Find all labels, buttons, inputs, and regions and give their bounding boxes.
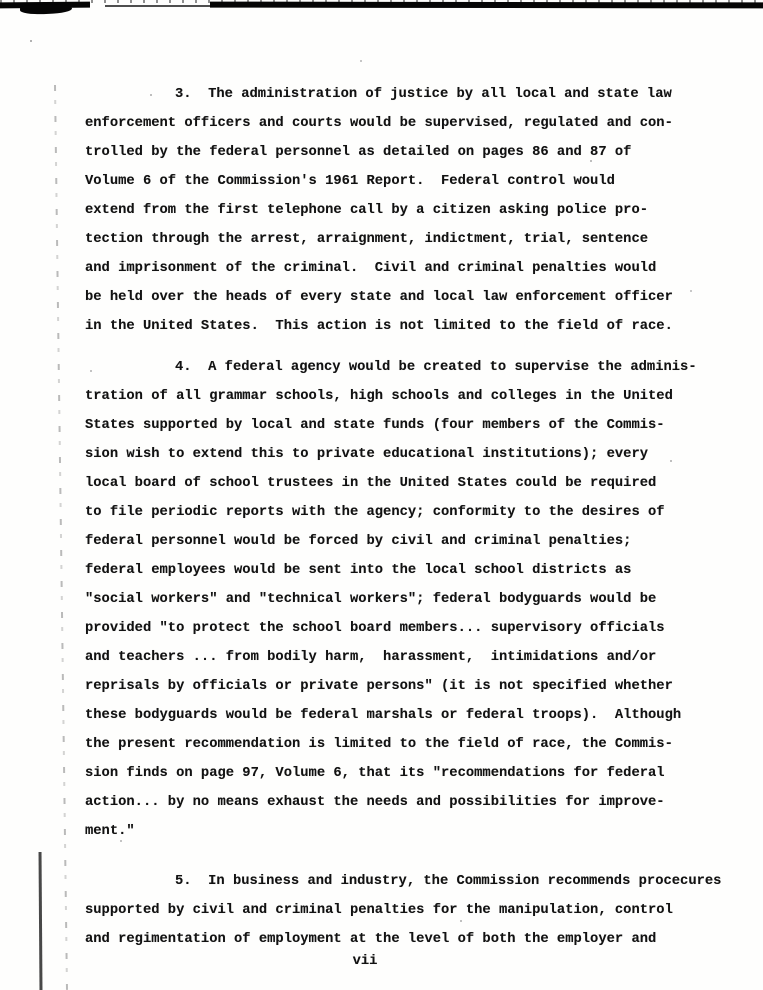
text-line: trolled by the federal personnel as deta… xyxy=(85,138,697,167)
scan-artifact-left-line xyxy=(54,85,68,990)
text-line: and teachers ... from bodily harm, haras… xyxy=(85,643,697,672)
text-line: ment." xyxy=(85,817,697,846)
text-line: tection through the arrest, arraignment,… xyxy=(85,225,697,254)
text-line: States supported by local and state fund… xyxy=(85,411,697,440)
paragraph-3: 3. The administration of justice by all … xyxy=(85,80,697,341)
text-line: to file periodic reports with the agency… xyxy=(85,498,697,527)
scan-artifact-top-dots xyxy=(0,0,763,3)
text-line: "social workers" and "technical workers"… xyxy=(85,585,697,614)
scan-artifact-top-blob xyxy=(20,3,72,15)
text-line: reprisals by officials or private person… xyxy=(85,672,697,701)
scan-artifact-top-band-right xyxy=(210,2,763,9)
text-line: local board of school trustees in the Un… xyxy=(85,469,697,498)
text-line: extend from the first telephone call by … xyxy=(85,196,697,225)
text-line: and imprisonment of the criminal. Civil … xyxy=(85,254,697,283)
text-line: Volume 6 of the Commission's 1961 Report… xyxy=(85,167,697,196)
text-line: sion wish to extend this to private educ… xyxy=(85,440,697,469)
scan-artifact-left-line-bottom xyxy=(39,852,43,990)
text-line: action... by no means exhaust the needs … xyxy=(85,788,697,817)
text-line: 4. A federal agency would be created to … xyxy=(85,353,697,382)
page-number: vii xyxy=(85,954,645,969)
text-line: and regimentation of employment at the l… xyxy=(85,925,697,954)
document-page: 3. The administration of justice by all … xyxy=(0,0,763,990)
text-line: 5. In business and industry, the Commiss… xyxy=(85,867,697,896)
text-line: enforcement officers and courts would be… xyxy=(85,109,697,138)
text-line: be held over the heads of every state an… xyxy=(85,283,697,312)
paragraph-4: 4. A federal agency would be created to … xyxy=(85,353,697,846)
text-line: federal employees would be sent into the… xyxy=(85,556,697,585)
text-line: 3. The administration of justice by all … xyxy=(85,80,697,109)
text-line: the present recommendation is limited to… xyxy=(85,730,697,759)
scan-artifact-top-band-mid xyxy=(105,5,215,7)
scan-artifact-specks xyxy=(30,40,32,42)
text-line: sion finds on page 97, Volume 6, that it… xyxy=(85,759,697,788)
text-line: these bodyguards would be federal marsha… xyxy=(85,701,697,730)
paragraph-5: 5. In business and industry, the Commiss… xyxy=(85,867,697,954)
text-line: supported by civil and criminal penaltie… xyxy=(85,896,697,925)
text-line: provided "to protect the school board me… xyxy=(85,614,697,643)
scan-artifact-top-band-left xyxy=(0,2,90,9)
text-line: federal personnel would be forced by civ… xyxy=(85,527,697,556)
text-line: tration of all grammar schools, high sch… xyxy=(85,382,697,411)
document-text: 3. The administration of justice by all … xyxy=(85,80,697,954)
text-line: in the United States. This action is not… xyxy=(85,312,697,341)
